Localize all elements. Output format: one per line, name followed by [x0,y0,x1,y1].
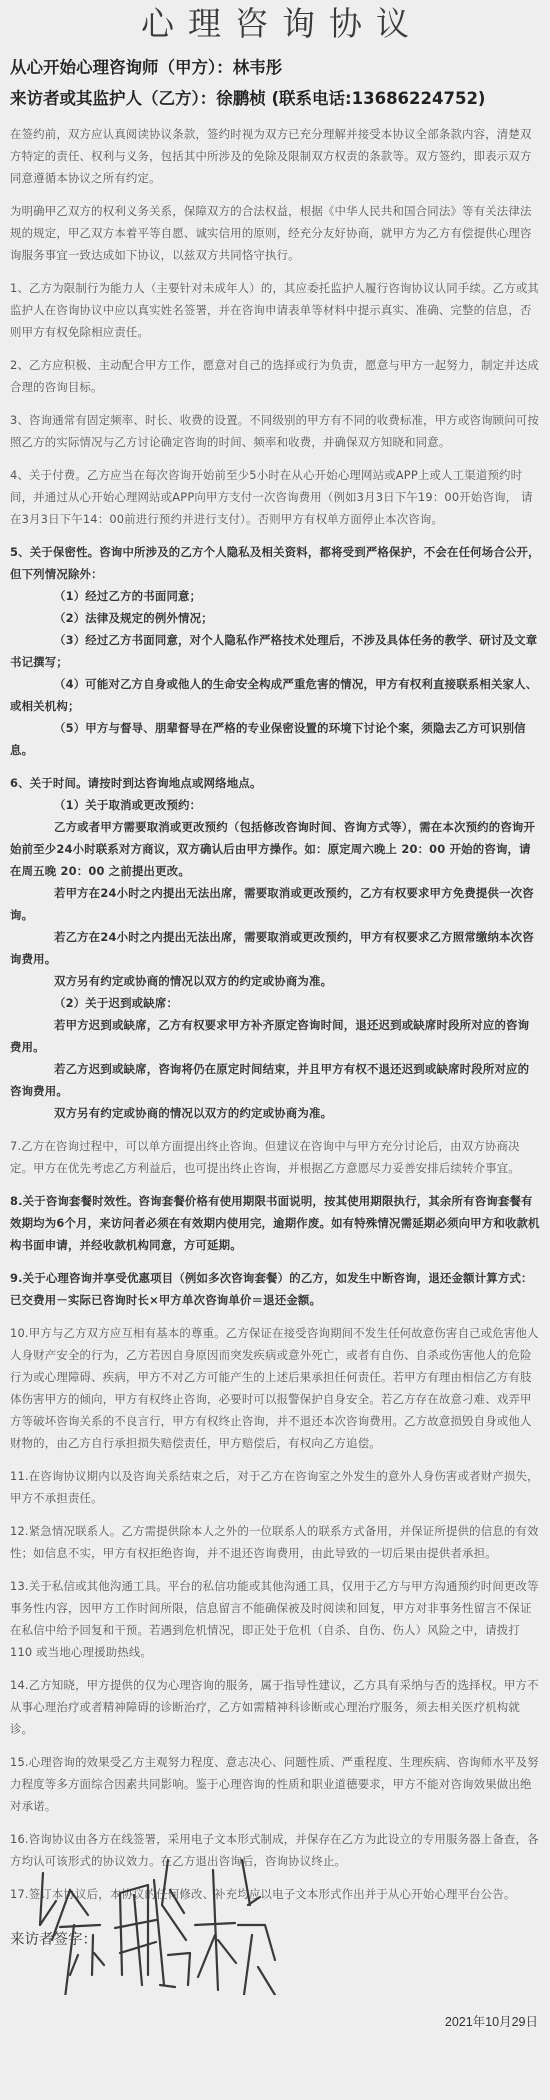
clause-6-sub1-line-3: 若乙方在24小时之内提出无法出席，需要取消或更改预约，甲方有权要求乙方照常缴纳本… [10,926,540,970]
clause-5-item-4: （4）可能对乙方自身或他人的生命安全构成严重危害的情况，甲方有权利直接联系相关家… [10,673,540,717]
clause-1: 1、乙方为限制行为能力人（主要针对未成年人）的，其应委托监护人履行咨询协议认同手… [10,277,540,343]
clause-5-item-5: （5）甲方与督导、朋辈督导在严格的专业保密设置的环境下讨论个案，须隐去乙方可识别… [10,717,540,761]
clause-6-time: 6、关于时间。请按时到达咨询地点或网络地点。 （1）关于取消或更改预约： 乙方或… [10,772,540,1124]
clause-7: 7.乙方在咨询过程中，可以单方面提出终止咨询。但建议在咨询中与甲方充分讨论后，由… [10,1135,540,1179]
clause-3: 3、咨询通常有固定频率、时长、收费的设置。不同级别的甲方有不同的收费标准，甲方或… [10,409,540,453]
handwritten-signature [30,1835,300,1995]
clause-6-intro: 6、关于时间。请按时到达咨询地点或网络地点。 [10,772,540,794]
clause-6-sub2-line-3: 双方另有约定或协商的情况以双方的约定或协商为准。 [10,1102,540,1124]
intro-paragraph-2: 为明确甲乙双方的权利义务关系，保障双方的合法权益，根据《中华人民共和国合同法》等… [10,200,540,266]
clause-5-intro: 5、关于保密性。咨询中所涉及的乙方个人隐私及相关资料，都将受到严格保护，不会在任… [10,541,540,585]
agreement-document: 心理咨询协议 从心开始心理咨询师（甲方）：林韦彤 来访者或其监护人（乙方）：徐鹏… [0,0,550,1951]
clause-14: 14.乙方知晓，甲方提供的仅为心理咨询的服务，属于指导性建议，乙方具有采纳与否的… [10,1674,540,1740]
clause-11: 11.在咨询协议期内以及咨询关系结束之后，对于乙方在咨询室之外发生的意外人身伤害… [10,1465,540,1509]
clause-13: 13.关于私信或其他沟通工具。平台的私信功能或其他沟通工具，仅用于乙方与甲方沟通… [10,1575,540,1663]
clause-6-sub1-title: （1）关于取消或更改预约： [10,794,540,816]
clause-15: 15.心理咨询的效果受乙方主观努力程度、意志决心、问题性质、严重程度、生理疾病、… [10,1751,540,1817]
clause-6-sub1-line-2: 若甲方在24小时之内提出无法出席，需要取消或更改预约，乙方有权要求甲方免费提供一… [10,882,540,926]
clause-6-sub2-line-2: 若乙方迟到或缺席，咨询将仍在原定时间结束，并且甲方有权不退还迟到或缺席时段所对应… [10,1058,540,1102]
intro-paragraph-1: 在签约前，双方应认真阅读协议条款，签约时视为双方已充分理解并接受本协议全部条款内… [10,123,540,189]
clause-5-item-1: （1）经过乙方的书面同意； [10,585,540,607]
clause-5-item-2: （2）法律及规定的例外情况； [10,607,540,629]
clause-8: 8.关于咨询套餐时效性。咨询套餐价格有使用期限书面说明，按其使用期限执行，其余所… [10,1190,540,1256]
clause-5-confidentiality: 5、关于保密性。咨询中所涉及的乙方个人隐私及相关资料，都将受到严格保护，不会在任… [10,541,540,761]
party-b-line: 来访者或其监护人（乙方）：徐鹏桢 (联系电话:13686224752) [10,88,540,110]
clause-4: 4、关于付费。乙方应当在每次咨询开始前至少5小时在从心开始心理网站或APP上或人… [10,464,540,530]
clause-2: 2、乙方应积极、主动配合甲方工作，愿意对自己的选择或行为负责，愿意与甲方一起努力… [10,354,540,398]
document-title: 心理咨询协议 [10,0,540,46]
clause-6-sub1-line-4: 双方另有约定或协商的情况以双方的约定或协商为准。 [10,970,540,992]
signing-date: 2021年10月29日 [445,2012,538,2030]
clause-5-item-3: （3）经过乙方书面同意，对个人隐私作严格技术处理后，不涉及具体任务的教学、研讨及… [10,629,540,673]
clause-6-sub1-line-1: 乙方或者甲方需要取消或更改预约（包括修改咨询时间、咨询方式等），需在本次预约的咨… [10,816,540,882]
clause-12: 12.紧急情况联系人。乙方需提供除本人之外的一位联系人的联系方式备用，并保证所提… [10,1520,540,1564]
party-a-line: 从心开始心理咨询师（甲方）：林韦彤 [10,57,540,79]
clause-6-sub2-title: （2）关于迟到或缺席： [10,992,540,1014]
clause-6-sub2-line-1: 若甲方迟到或缺席，乙方有权要求甲方补齐原定咨询时间，退还迟到或缺席时段所对应的咨… [10,1014,540,1058]
clause-9: 9.关于心理咨询并享受优惠项目（例如多次咨询套餐）的乙方，如发生中断咨询，退还金… [10,1267,540,1311]
clause-10: 10.甲方与乙方双方应互相有基本的尊重。乙方保证在接受咨询期间不发生任何故意伤害… [10,1322,540,1454]
